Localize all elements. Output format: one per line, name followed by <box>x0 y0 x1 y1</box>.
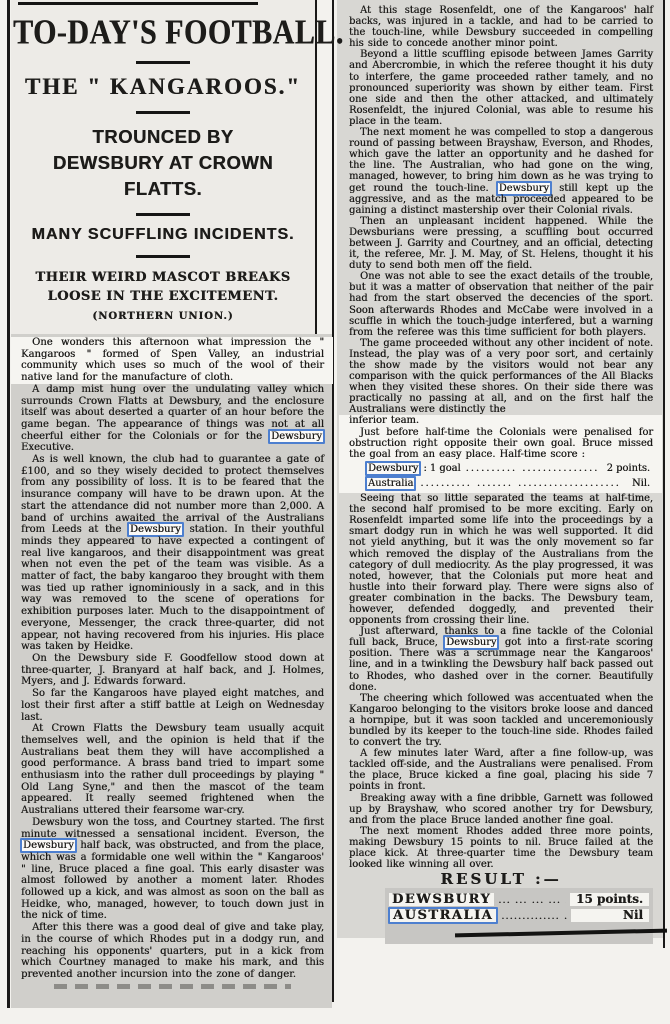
right-column: At this stage Rosenfeldt, one of the Kan… <box>337 0 663 944</box>
paragraph-text: Seeing that so little separated the team… <box>349 493 653 626</box>
result-points: 15 points. <box>570 893 649 906</box>
article-paragraph: The next moment he was compelled to stop… <box>349 127 653 216</box>
paragraph-text: Beyond a little scuffling episode betwee… <box>349 49 653 127</box>
paragraph-text: Executive. <box>21 442 74 453</box>
headline-divider <box>136 61 190 64</box>
paragraph-text: After this there was a good deal of give… <box>21 922 324 980</box>
halftime-score-block: Dewsbury : 1 goal.......... ............… <box>339 460 662 493</box>
paragraph-text: Then an unpleasant incident happened. Wh… <box>349 216 653 271</box>
article-paragraph: At Crown Flatts the Dewsbury team usuall… <box>21 723 324 817</box>
article-paragraph: The next moment Rhodes added three more … <box>349 826 653 870</box>
headline-byline: (NORTHERN UNION.) <box>11 311 315 322</box>
article-paragraph: At this stage Rosenfeldt, one of the Kan… <box>349 5 653 49</box>
result-row: AUSTRALIA.............. .............. .… <box>389 907 649 924</box>
dot-leader: .......... ....... .................... <box>420 478 627 489</box>
article-paragraph: So far the Kangaroos have played eight m… <box>21 688 324 723</box>
dot-leader: .............. .............. .... <box>501 910 567 923</box>
article-paragraph: Just afterward, thanks to a fine tackle … <box>349 626 653 693</box>
paragraph-text: Dewsbury won the toss, and Courtney star… <box>21 817 324 840</box>
search-hit-team: Dewsbury <box>365 461 421 476</box>
result-row: DEWSBURY... ... ... ... ... ...... .....… <box>389 893 649 907</box>
left-column: One wonders this afternoon what impressi… <box>11 334 333 989</box>
halftime-score-row: Australia.......... ....... ............… <box>366 476 650 491</box>
paragraph-text: The cheering which followed was accentua… <box>349 693 653 748</box>
search-hit-team: Australia <box>365 476 416 491</box>
paragraph-text: The next moment Rhodes added three more … <box>349 826 653 870</box>
article-paragraph: inferior team. <box>339 415 662 426</box>
score-detail: : 1 goal <box>420 463 460 474</box>
headline-top-rule <box>18 2 258 5</box>
article-paragraph: On the Dewsbury side F. Goodfellow stood… <box>21 653 324 688</box>
headline-deck-scuffling: MANY SCUFFLING INCIDENTS. <box>11 226 315 244</box>
article-paragraph: Then an unpleasant incident happened. Wh… <box>349 216 653 271</box>
headline-deck-mascot: THEIR WEIRD MASCOT BREAKS LOOSE IN THE E… <box>21 268 305 306</box>
paragraph-text: Just before half-time the Colonials were… <box>349 427 653 460</box>
headline-deck-kangaroos: THE " KANGAROOS." <box>11 74 315 100</box>
score-points: 2 points. <box>607 463 650 474</box>
cropped-text-fragment <box>54 984 290 989</box>
newspaper-scan[interactable]: TO-DAY'S FOOTBALL. THE " KANGAROOS." TRO… <box>0 0 670 1024</box>
article-paragraph: A damp mist hung over the undulating val… <box>21 384 324 454</box>
column-rule-right <box>663 0 665 948</box>
paragraph-text: One was not able to see the exact detail… <box>349 271 653 337</box>
headline-title: TO-DAY'S FOOTBALL. <box>13 13 313 53</box>
search-hit: Dewsbury <box>268 429 325 444</box>
column-rule-left <box>7 0 10 1008</box>
article-paragraph: Dewsbury won the toss, and Courtney star… <box>21 817 324 922</box>
result-heading: RESULT :— <box>349 874 653 885</box>
scan-ink-rule <box>455 929 667 938</box>
dot-leader: .......... ............... <box>466 463 602 474</box>
score-points: Nil. <box>632 478 650 489</box>
result-points: Nil <box>571 909 649 922</box>
paragraph-text: One wonders this afternoon what impressi… <box>21 337 324 383</box>
article-paragraph: The cheering which followed was accentua… <box>349 693 653 748</box>
paragraph-text: At Crown Flatts the Dewsbury team usuall… <box>21 723 324 816</box>
article-paragraph: The game proceeded without any other inc… <box>349 338 653 416</box>
result-team: DEWSBURY <box>389 893 494 906</box>
paragraph-text: station. In their youthful minds they ap… <box>21 524 324 652</box>
paragraph-text: The game proceeded without any other inc… <box>349 338 653 416</box>
paragraph-text: A few minutes later Ward, after a fine f… <box>349 748 653 792</box>
headline-deck-trounced: TROUNCED BY DEWSBURY AT CROWN FLATTS. <box>37 124 289 202</box>
article-paragraph: Seeing that so little separated the team… <box>349 493 653 626</box>
headline-divider <box>136 111 190 114</box>
headline-box: TO-DAY'S FOOTBALL. THE " KANGAROOS." TRO… <box>11 0 317 334</box>
article-paragraph: Beyond a little scuffling episode betwee… <box>349 49 653 127</box>
article-paragraph: One was not able to see the exact detail… <box>349 271 653 338</box>
paragraph-text: At this stage Rosenfeldt, one of the Kan… <box>349 5 653 49</box>
paragraph-text: So far the Kangaroos have played eight m… <box>21 688 324 722</box>
article-paragraph: As is well known, the club had to guaran… <box>21 454 324 653</box>
article-paragraph: Just before half-time the Colonials were… <box>339 427 662 460</box>
dot-leader: ... ... ... ... ... ...... ...... <box>498 894 566 907</box>
search-hit-team: AUSTRALIA <box>388 907 498 924</box>
article-paragraph: One wonders this afternoon what impressi… <box>11 337 333 384</box>
headline-divider <box>136 255 190 258</box>
halftime-score-row: Dewsbury : 1 goal.......... ............… <box>366 461 650 476</box>
paragraph-text: inferior team. <box>349 415 419 426</box>
paragraph-text: On the Dewsbury side F. Goodfellow stood… <box>21 653 324 687</box>
article-paragraph: Breaking away with a fine dribble, Garne… <box>349 793 653 826</box>
headline-divider <box>136 213 190 216</box>
article-paragraph: A few minutes later Ward, after a fine f… <box>349 748 653 792</box>
paragraph-text: half back, was obstructed, and from the … <box>21 840 324 921</box>
article-paragraph: After this there was a good deal of give… <box>21 922 324 981</box>
paragraph-text: Breaking away with a fine dribble, Garne… <box>349 793 653 826</box>
result-panel: DEWSBURY... ... ... ... ... ...... .....… <box>385 888 653 944</box>
